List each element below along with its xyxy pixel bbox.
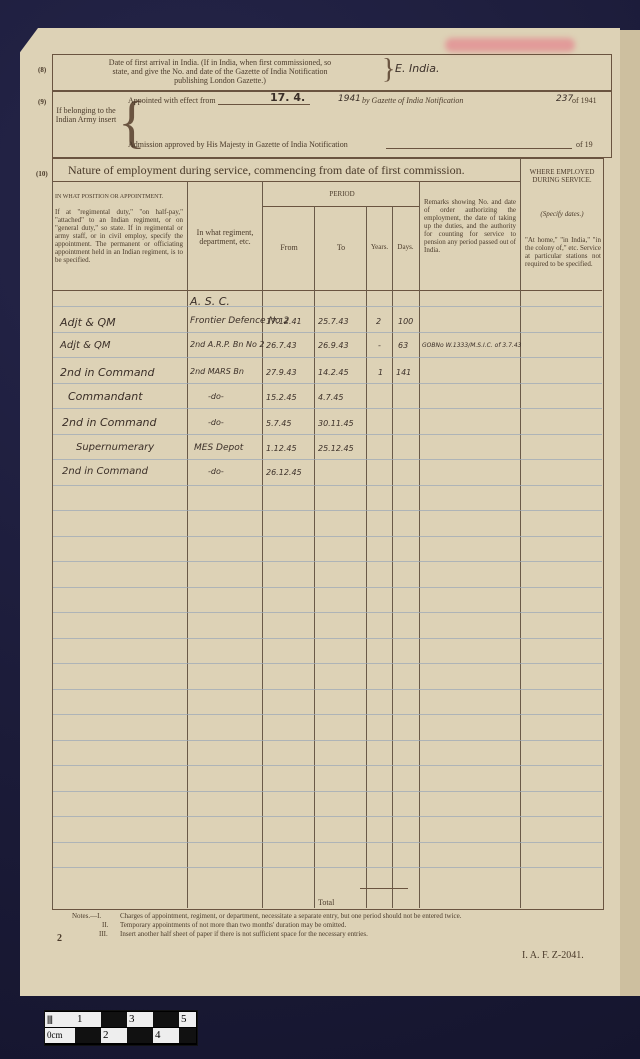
ruler-block (179, 1028, 196, 1043)
ruled-line (53, 587, 602, 588)
fill-line (386, 148, 572, 149)
col-line (366, 206, 367, 908)
ruler-block (127, 1028, 153, 1043)
note-3-number: III. (99, 930, 108, 938)
cell-position: 2nd in Command (62, 416, 157, 429)
cell-to: 14.2.45 (318, 368, 349, 377)
next-page-edge (620, 30, 640, 996)
ruled-line (53, 383, 602, 384)
ruled-line (53, 408, 602, 409)
gazette-text: by Gazette of India Notification (362, 96, 463, 105)
col-to: To (315, 243, 367, 252)
notes-heading: Notes.—I. (72, 912, 101, 920)
ruled-line (53, 867, 602, 868)
section-9-number: (9) (38, 98, 46, 106)
col-position-header: In what position or appointment. (55, 193, 183, 201)
section-10-number: (10) (36, 170, 48, 178)
ruled-line (53, 714, 602, 715)
cell-from: 5.7.45 (266, 419, 291, 428)
ruler-mm-ticks: |||||| (45, 1012, 75, 1027)
col-line (392, 206, 393, 908)
col-line (314, 206, 315, 908)
ruled-line (53, 612, 602, 613)
cell-years: - (378, 341, 381, 350)
cell-position: Commandant (68, 390, 143, 403)
label-line: publishing London Gazette.) (60, 76, 380, 85)
ruled-line (53, 536, 602, 537)
where-specify: (Specify dates.) (523, 210, 601, 218)
ruler-block (153, 1012, 179, 1027)
col-days: Days. (393, 243, 418, 251)
ruled-line (53, 357, 602, 358)
ruler-block (101, 1012, 127, 1027)
ruled-line (53, 510, 602, 511)
cell-from: 17.12.41 (266, 317, 302, 326)
ruler-mark: 1 (75, 1012, 101, 1027)
ruled-line (53, 638, 602, 639)
regiment-heading: A. S. C. (190, 295, 230, 308)
header-divider (52, 181, 520, 182)
ruled-line (53, 485, 602, 486)
cell-regiment: MES Depot (194, 443, 243, 453)
section-10-title: Nature of employment during service, com… (68, 163, 465, 178)
col-regiment-header: In what regiment, department, etc. (192, 228, 258, 246)
scale-ruler: |||||| 0cm 1 2 3 4 5 (44, 1010, 198, 1046)
page-number: 2 (57, 933, 62, 944)
cell-from: 1.12.45 (266, 444, 297, 453)
cell-regiment: 2nd A.R.P. Bn No 2 (190, 340, 264, 349)
col-line (187, 181, 188, 908)
cell-from: 27.9.43 (266, 368, 297, 377)
cell-regiment: -do- (208, 467, 224, 476)
col-line (262, 181, 263, 908)
ruled-line (53, 332, 602, 333)
cell-days: 141 (396, 368, 411, 377)
cell-position: 2nd in Command (62, 466, 148, 477)
cell-years: 1 (378, 368, 383, 377)
ruled-line (53, 791, 602, 792)
period-divider (263, 206, 419, 207)
ruler-mark: 4 (153, 1028, 179, 1043)
cell-regiment: -do- (208, 418, 224, 427)
ruled-line (53, 689, 602, 690)
ruled-line (53, 765, 602, 766)
brace: } (382, 55, 395, 85)
ruler-block (75, 1028, 101, 1043)
where-note: "At home," "in India," "in the colony of… (525, 236, 601, 268)
col-line (419, 181, 420, 908)
period-header: Period (264, 190, 420, 198)
appointed-year: 1941 (338, 94, 361, 104)
ruled-line (53, 663, 602, 664)
note-1: Charges of appointment, regiment, or dep… (120, 912, 462, 920)
cell-regiment: 2nd MARS Bn (190, 367, 244, 376)
ruled-line (53, 561, 602, 562)
cell-years: 2 (376, 317, 381, 326)
form-code: I. A. F. Z-2041. (522, 950, 584, 961)
cell-from: 26.12.45 (266, 468, 302, 477)
ruled-line (53, 816, 602, 817)
ruled-line (53, 306, 602, 307)
cell-regiment: -do- (208, 392, 224, 401)
ruled-line (53, 459, 602, 460)
employment-table (52, 158, 604, 910)
col-line (52, 181, 53, 908)
cell-to: 26.9.43 (318, 341, 349, 350)
ruled-line (53, 842, 602, 843)
admission-label: Admission approved by His Majesty in Gaz… (128, 140, 348, 149)
section-8-label: Date of first arrival in India. (If in I… (60, 58, 380, 85)
cell-days: 63 (398, 341, 408, 350)
ruler-unit: 0cm (45, 1028, 75, 1043)
indian-army-label: If belonging to the Indian Army insert (55, 106, 117, 124)
total-label: Total (318, 898, 334, 907)
fill-line (218, 104, 310, 105)
ruler-mark: 3 (127, 1012, 153, 1027)
total-line (360, 888, 408, 889)
where-employed-header: Where employed during Service. (523, 168, 601, 184)
cell-position: Adjt & QM (60, 316, 116, 329)
cell-from: 15.2.45 (266, 393, 297, 402)
stain (445, 38, 575, 52)
col-from: From (264, 243, 314, 252)
col-remarks: Remarks showing No. and date of order au… (424, 198, 516, 254)
col-position-note: If at "regimental duty," "on half-pay," … (55, 208, 183, 264)
cell-to: 25.12.45 (318, 444, 354, 453)
ruled-line (53, 740, 602, 741)
note-2: Temporary appointments of not more than … (120, 921, 346, 929)
col-line (520, 158, 521, 908)
appointed-label: Appointed with effect from (128, 96, 216, 105)
col-years: Years. (367, 243, 392, 251)
ruled-line (53, 434, 602, 435)
note-3: Insert another half sheet of paper if th… (120, 930, 368, 938)
ruler-mark: 2 (101, 1028, 127, 1043)
of-year: of 1941 (572, 96, 597, 105)
ruler-mark: 5 (179, 1012, 196, 1027)
cell-to: 4.7.45 (318, 393, 343, 402)
label-line: Date of first arrival in India. (If in I… (60, 58, 380, 67)
section-8-number: (8) (38, 66, 46, 74)
notification-number: 237 (556, 94, 573, 104)
cell-from: 26.7.43 (266, 341, 297, 350)
cell-position: 2nd in Command (60, 366, 155, 379)
admission-of: of 19 (576, 140, 593, 149)
cell-days: 100 (398, 317, 413, 326)
cell-to: 30.11.45 (318, 419, 354, 428)
cell-position: Supernumerary (76, 442, 154, 453)
cell-position: Adjt & QM (60, 340, 111, 351)
appointed-date: 17. 4. (270, 91, 305, 104)
label-line: state, and give the No. and date of the … (60, 67, 380, 76)
arrival-handwritten: E. India. (395, 62, 439, 75)
cell-to: 25.7.43 (318, 317, 349, 326)
note-2-number: II. (102, 921, 108, 929)
cell-remarks: GOBNo W.1333/M.S.I.C. of 3.7.43 (422, 342, 521, 349)
